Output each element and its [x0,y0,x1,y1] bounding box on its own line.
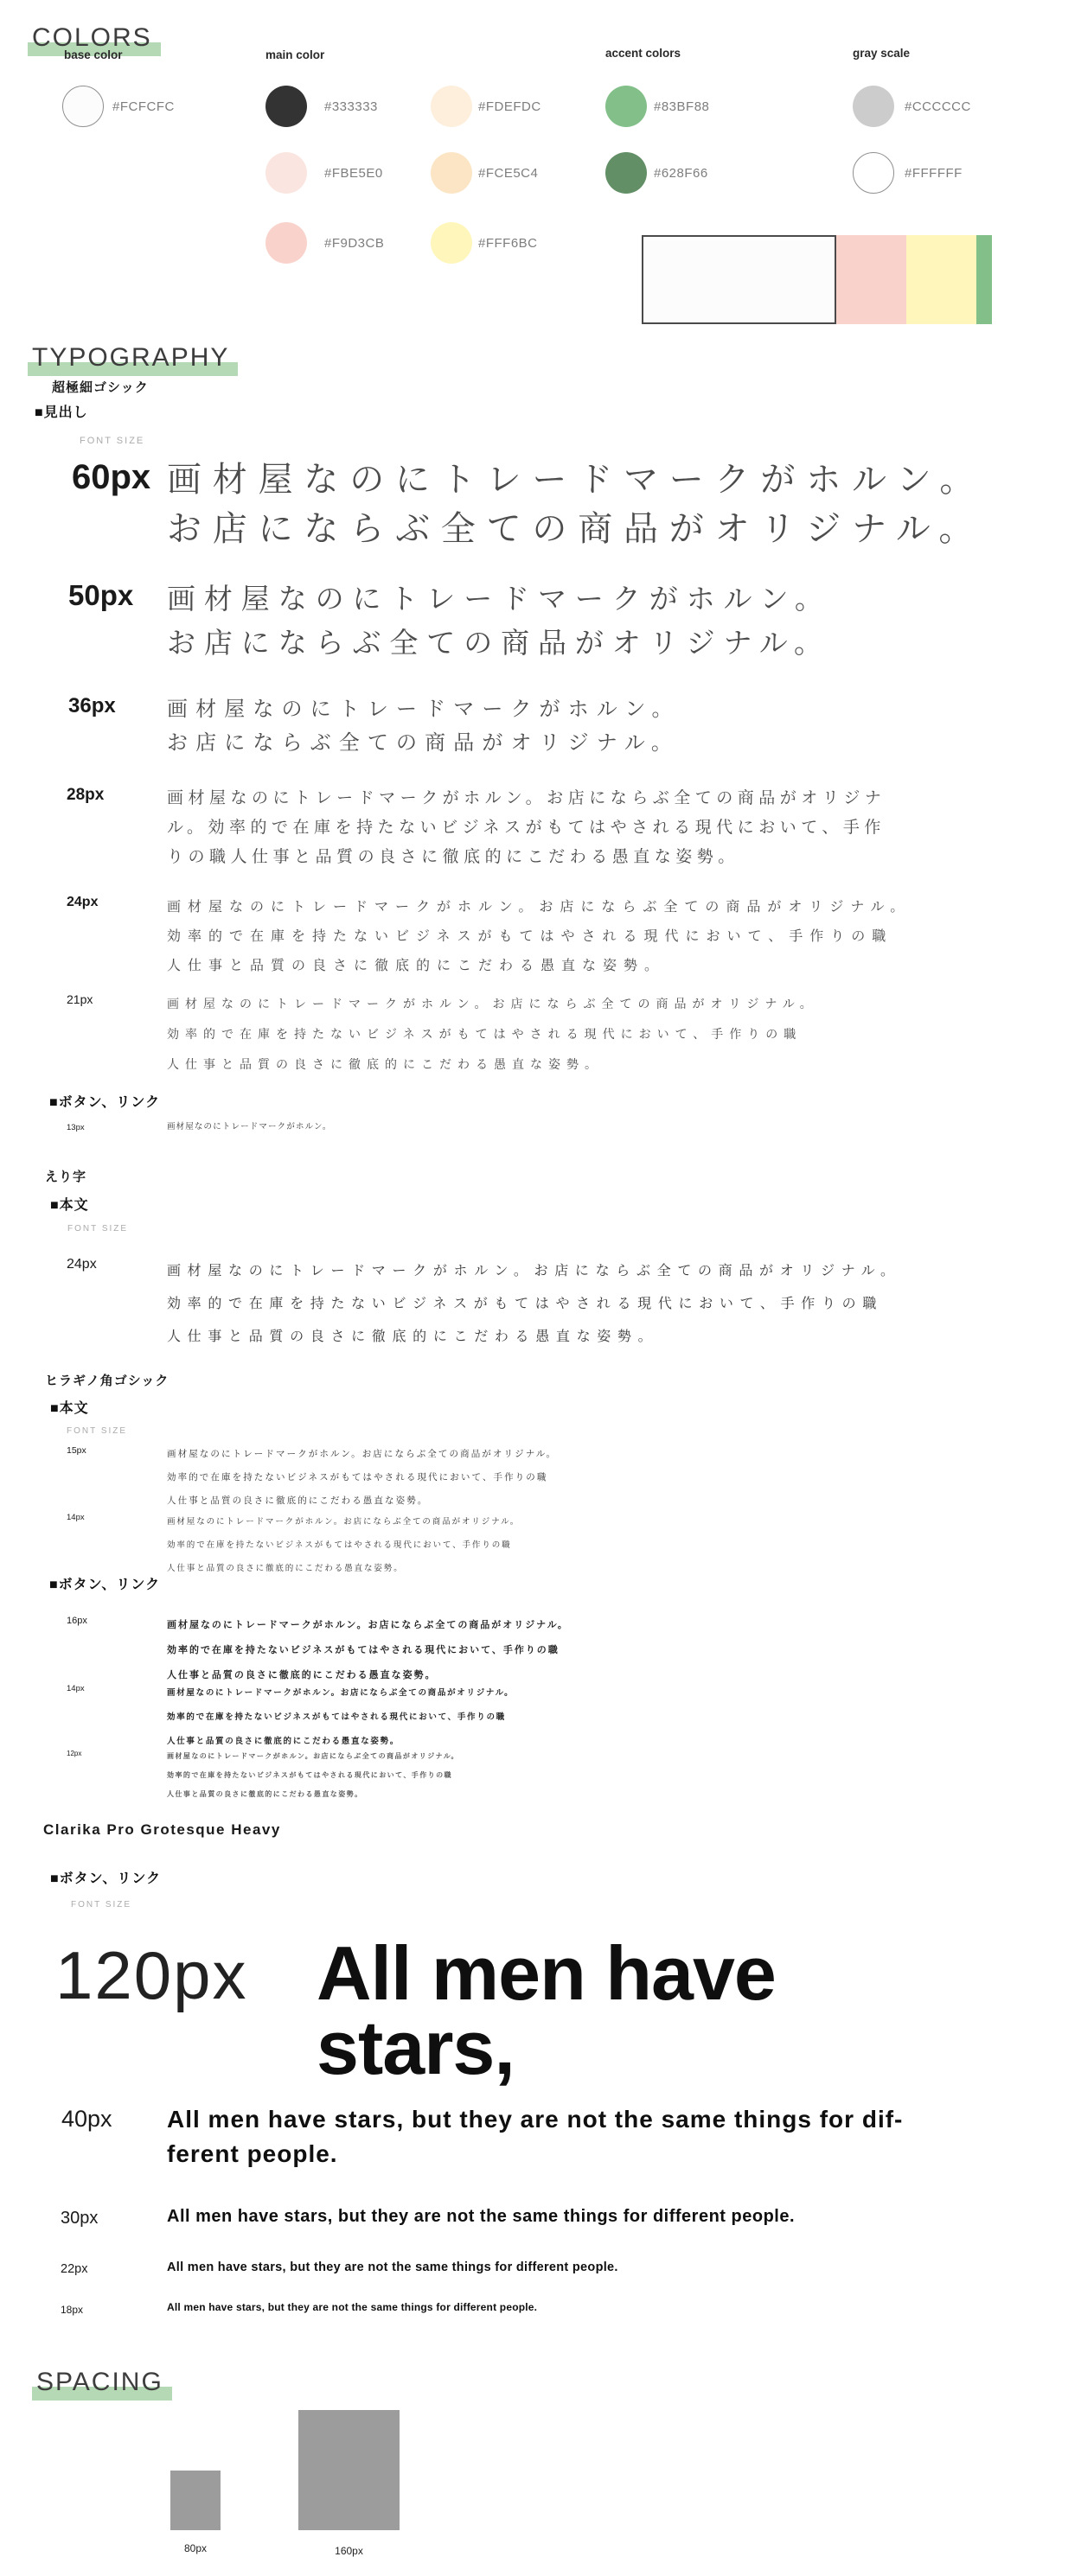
sample-line: 画材屋なのにトレードマークがホルン。 [167,456,985,505]
spacing-box-80 [170,2471,221,2530]
sample-line: 効率的で在庫を持たないビジネスがもてはやされる現代において、手作りの職 [167,1287,901,1320]
sample-line: 画材屋なのにトレードマークがホルン。お店にならぶ全ての商品がオリジナル。 [167,1612,569,1637]
base-color-hex: #FCFCFC [112,99,175,114]
subsection-heading-body-2: ■本文 [50,1397,89,1417]
subsection-heading-button-link-1: ■ボタン、リンク [49,1091,160,1111]
gray-hex-1: #CCCCCC [905,99,971,114]
sample-line: 人仕事と品質の良さに徹底的にこだわる愚直な姿勢。 [167,1050,818,1081]
font-size-caption-4: FONT SIZE [71,1900,131,1910]
size-label-30px: 30px [61,2209,98,2228]
sample-line: 人仕事と品質の良さに徹底的にこだわる愚直な姿勢。 [167,951,911,980]
sample-erimoji-24px: 画材屋なのにトレードマークがホルン。お店にならぶ全ての商品がオリジナル。 効率的… [167,1254,901,1353]
size-label-13px: 13px [67,1123,85,1132]
size-label-15px: 15px [67,1445,86,1456]
sample-line: 画材屋なのにトレードマークがホルン。お店にならぶ全ての商品がオリジナル。 [167,1747,459,1766]
sample-clarika-120px: All men have stars, [317,1936,776,2085]
size-label-12px: 12px [67,1750,81,1757]
sample-line: お店にならぶ全ての商品がオリジナル。 [167,621,832,665]
size-label-14px-body: 14px [67,1513,85,1522]
sample-line: All men have stars, but they are not the… [167,2260,618,2275]
sample-line: 画材屋なのにトレードマークがホルン。お店にならぶ全ての商品がオリジナ [167,783,886,813]
gray-swatch-1 [853,86,894,127]
size-label-21px: 21px [67,992,93,1006]
main-color-hex-6: #FFF6BC [478,236,538,251]
sample-line: 画材屋なのにトレードマークがホルン。 [167,692,681,726]
sample-jp-24px: 画材屋なのにトレードマークがホルン。お店にならぶ全ての商品がオリジナル。 効率的… [167,892,911,980]
sample-line: 画材屋なのにトレードマークがホルン。お店にならぶ全ての商品がオリジナル。 [167,1443,557,1466]
sample-line: 画材屋なのにトレードマークがホルン。お店にならぶ全ての商品がオリジナル。 [167,1254,901,1287]
font-size-caption-1: FONT SIZE [80,436,144,446]
preview-segment-green [976,235,992,324]
preview-segment-pink [836,235,906,324]
sample-hiragino-bold-16px: 画材屋なのにトレードマークがホルン。お店にならぶ全ての商品がオリジナル。 効率的… [167,1612,569,1687]
size-label-18px: 18px [61,2304,83,2316]
main-color-swatch-2 [265,152,307,194]
base-color-label: base color [64,48,123,61]
subsection-heading-body-1: ■本文 [50,1194,89,1214]
main-color-swatch-5 [431,152,472,194]
sample-line: 画材屋なのにトレードマークがホルン。 [167,1121,332,1133]
sample-hiragino-15px: 画材屋なのにトレードマークがホルン。お店にならぶ全ての商品がオリジナル。 効率的… [167,1443,557,1513]
sample-hiragino-bold-12px: 画材屋なのにトレードマークがホルン。お店にならぶ全ての商品がオリジナル。 効率的… [167,1747,459,1804]
main-color-hex-3: #F9D3CB [324,236,384,251]
sample-line: 画材屋なのにトレードマークがホルン。 [167,577,832,621]
size-label-120px: 120px [55,1936,248,2015]
sample-line: 人仕事と品質の良さに徹底的にこだわる愚直な姿勢。 [167,1320,901,1353]
font-name-hiragino: ヒラギノ角ゴシック [45,1371,169,1389]
preview-segment-base [642,235,836,324]
font-size-caption-2: FONT SIZE [67,1224,128,1234]
sample-line: 効率的で在庫を持たないビジネスがもてはやされる現代において、手作りの職 [167,1020,818,1050]
subsection-heading-midashi: ■見出し [35,401,88,421]
accent-color-swatch-1 [605,86,647,127]
main-color-hex-2: #FBE5E0 [324,166,383,181]
sample-hiragino-bold-14px: 画材屋なのにトレードマークがホルン。お店にならぶ全ての商品がオリジナル。 効率的… [167,1681,514,1754]
font-name-clarika: Clarika Pro Grotesque Heavy [43,1821,281,1839]
size-label-24px-erimoji: 24px [67,1257,97,1272]
sample-clarika-40px: All men have stars, but they are not the… [167,2102,903,2171]
size-label-50px: 50px [68,579,133,612]
sample-line: お店にならぶ全ての商品がオリジナル。 [167,726,681,760]
sample-line: りの職人仕事と品質の良さに徹底的にこだわる愚直な姿勢。 [167,842,886,871]
size-label-14px-button: 14px [67,1684,85,1693]
style-guide-page: COLORS base color main color accent colo… [0,0,1081,2576]
color-preview-bar [642,235,992,324]
main-color-swatch-6 [431,222,472,264]
subsection-heading-button-link-2: ■ボタン、リンク [49,1573,160,1593]
main-color-swatch-3 [265,222,307,264]
sample-line: 効率的で在庫を持たないビジネスがもてはやされる現代において、手作りの職 [167,921,911,951]
sample-jp-28px: 画材屋なのにトレードマークがホルン。お店にならぶ全ての商品がオリジナ ル。効率的… [167,783,886,871]
sample-jp-60px: 画材屋なのにトレードマークがホルン。 お店にならぶ全ての商品がオリジナル。 [167,456,985,554]
font-name-erimoji: えり字 [45,1167,86,1185]
gray-hex-2: #FFFFFF [905,166,963,181]
sample-line: 効率的で在庫を持たないビジネスがもてはやされる現代において、手作りの職 [167,1637,569,1662]
typography-title: TYPOGRAPHY [32,343,238,373]
sample-line: ル。効率的で在庫を持たないビジネスがもてはやされる現代において、手作 [167,813,886,842]
subsection-heading-button-link-3: ■ボタン、リンク [50,1867,161,1887]
sample-line: 効率的で在庫を持たないビジネスがもてはやされる現代において、手作りの職 [167,1706,514,1730]
sample-line: 効率的で在庫を持たないビジネスがもてはやされる現代において、手作りの職 [167,1533,520,1557]
sample-jp-21px: 画材屋なのにトレードマークがホルン。お店にならぶ全ての商品がオリジナル。 効率的… [167,990,818,1081]
spacing-box-160 [298,2410,400,2530]
sample-line: 画材屋なのにトレードマークがホルン。お店にならぶ全ての商品がオリジナル。 [167,990,818,1020]
main-color-label: main color [265,48,324,61]
sample-line: 画材屋なのにトレードマークがホルン。お店にならぶ全ての商品がオリジナル。 [167,892,911,921]
sample-line: 人仕事と品質の良さに徹底的にこだわる愚直な姿勢。 [167,1489,557,1513]
font-name-gothic-thin: 超極細ゴシック [52,378,149,396]
sample-line: 効率的で在庫を持たないビジネスがもてはやされる現代において、手作りの職 [167,1766,459,1785]
size-label-40px: 40px [61,2106,112,2133]
size-label-22px: 22px [61,2262,87,2276]
accent-colors-label: accent colors [605,47,681,60]
sample-jp-36px: 画材屋なのにトレードマークがホルン。 お店にならぶ全ての商品がオリジナル。 [167,692,681,760]
main-color-swatch-1 [265,86,307,127]
size-label-24px: 24px [67,895,98,910]
main-color-hex-5: #FCE5C4 [478,166,538,181]
gray-swatch-2 [853,152,894,194]
main-color-hex-1: #333333 [324,99,378,114]
accent-color-hex-1: #83BF88 [654,99,709,114]
size-label-16px: 16px [67,1616,87,1626]
sample-clarika-30px: All men have stars, but they are not the… [167,2206,795,2227]
size-label-36px: 36px [68,694,116,718]
sample-line: 画材屋なのにトレードマークがホルン。お店にならぶ全ての商品がオリジナル。 [167,1681,514,1706]
spacing-box-80-label: 80px [170,2542,221,2554]
sample-jp-50px: 画材屋なのにトレードマークがホルン。 お店にならぶ全ての商品がオリジナル。 [167,577,832,665]
spacing-title: SPACING [36,2368,172,2397]
sample-hiragino-14px: 画材屋なのにトレードマークがホルン。お店にならぶ全ての商品がオリジナル。 効率的… [167,1510,520,1580]
sample-line: お店にならぶ全ての商品がオリジナル。 [167,505,985,554]
sample-line: 画材屋なのにトレードマークがホルン。お店にならぶ全ての商品がオリジナル。 [167,1510,520,1533]
sample-line: All men have stars, but they are not the… [167,2102,903,2137]
gray-scale-label: gray scale [853,47,910,60]
base-color-swatch [62,86,104,127]
sample-line: All men have [317,1936,776,2011]
sample-line: 人仕事と品質の良さに徹底的にこだわる愚直な姿勢。 [167,1785,459,1804]
preview-segment-yellow [906,235,976,324]
sample-clarika-22px: All men have stars, but they are not the… [167,2260,618,2275]
font-size-caption-3: FONT SIZE [67,1426,127,1436]
accent-color-swatch-2 [605,152,647,194]
accent-color-hex-2: #628F66 [654,166,708,181]
sample-line: 効率的で在庫を持たないビジネスがもてはやされる現代において、手作りの職 [167,1466,557,1489]
sample-jp-13px: 画材屋なのにトレードマークがホルン。 [167,1121,332,1133]
sample-line: All men have stars, but they are not the… [167,2301,537,2314]
size-label-60px: 60px [72,458,150,497]
size-label-28px: 28px [67,786,104,805]
sample-clarika-18px: All men have stars, but they are not the… [167,2301,537,2314]
spacing-box-160-label: 160px [298,2545,400,2557]
main-color-hex-4: #FDEFDC [478,99,541,114]
sample-line: ferent people. [167,2137,903,2171]
sample-line: 人仕事と品質の良さに徹底的にこだわる愚直な姿勢。 [167,1557,520,1580]
sample-line: All men have stars, but they are not the… [167,2206,795,2227]
main-color-swatch-4 [431,86,472,127]
sample-line: stars, [317,2011,776,2085]
